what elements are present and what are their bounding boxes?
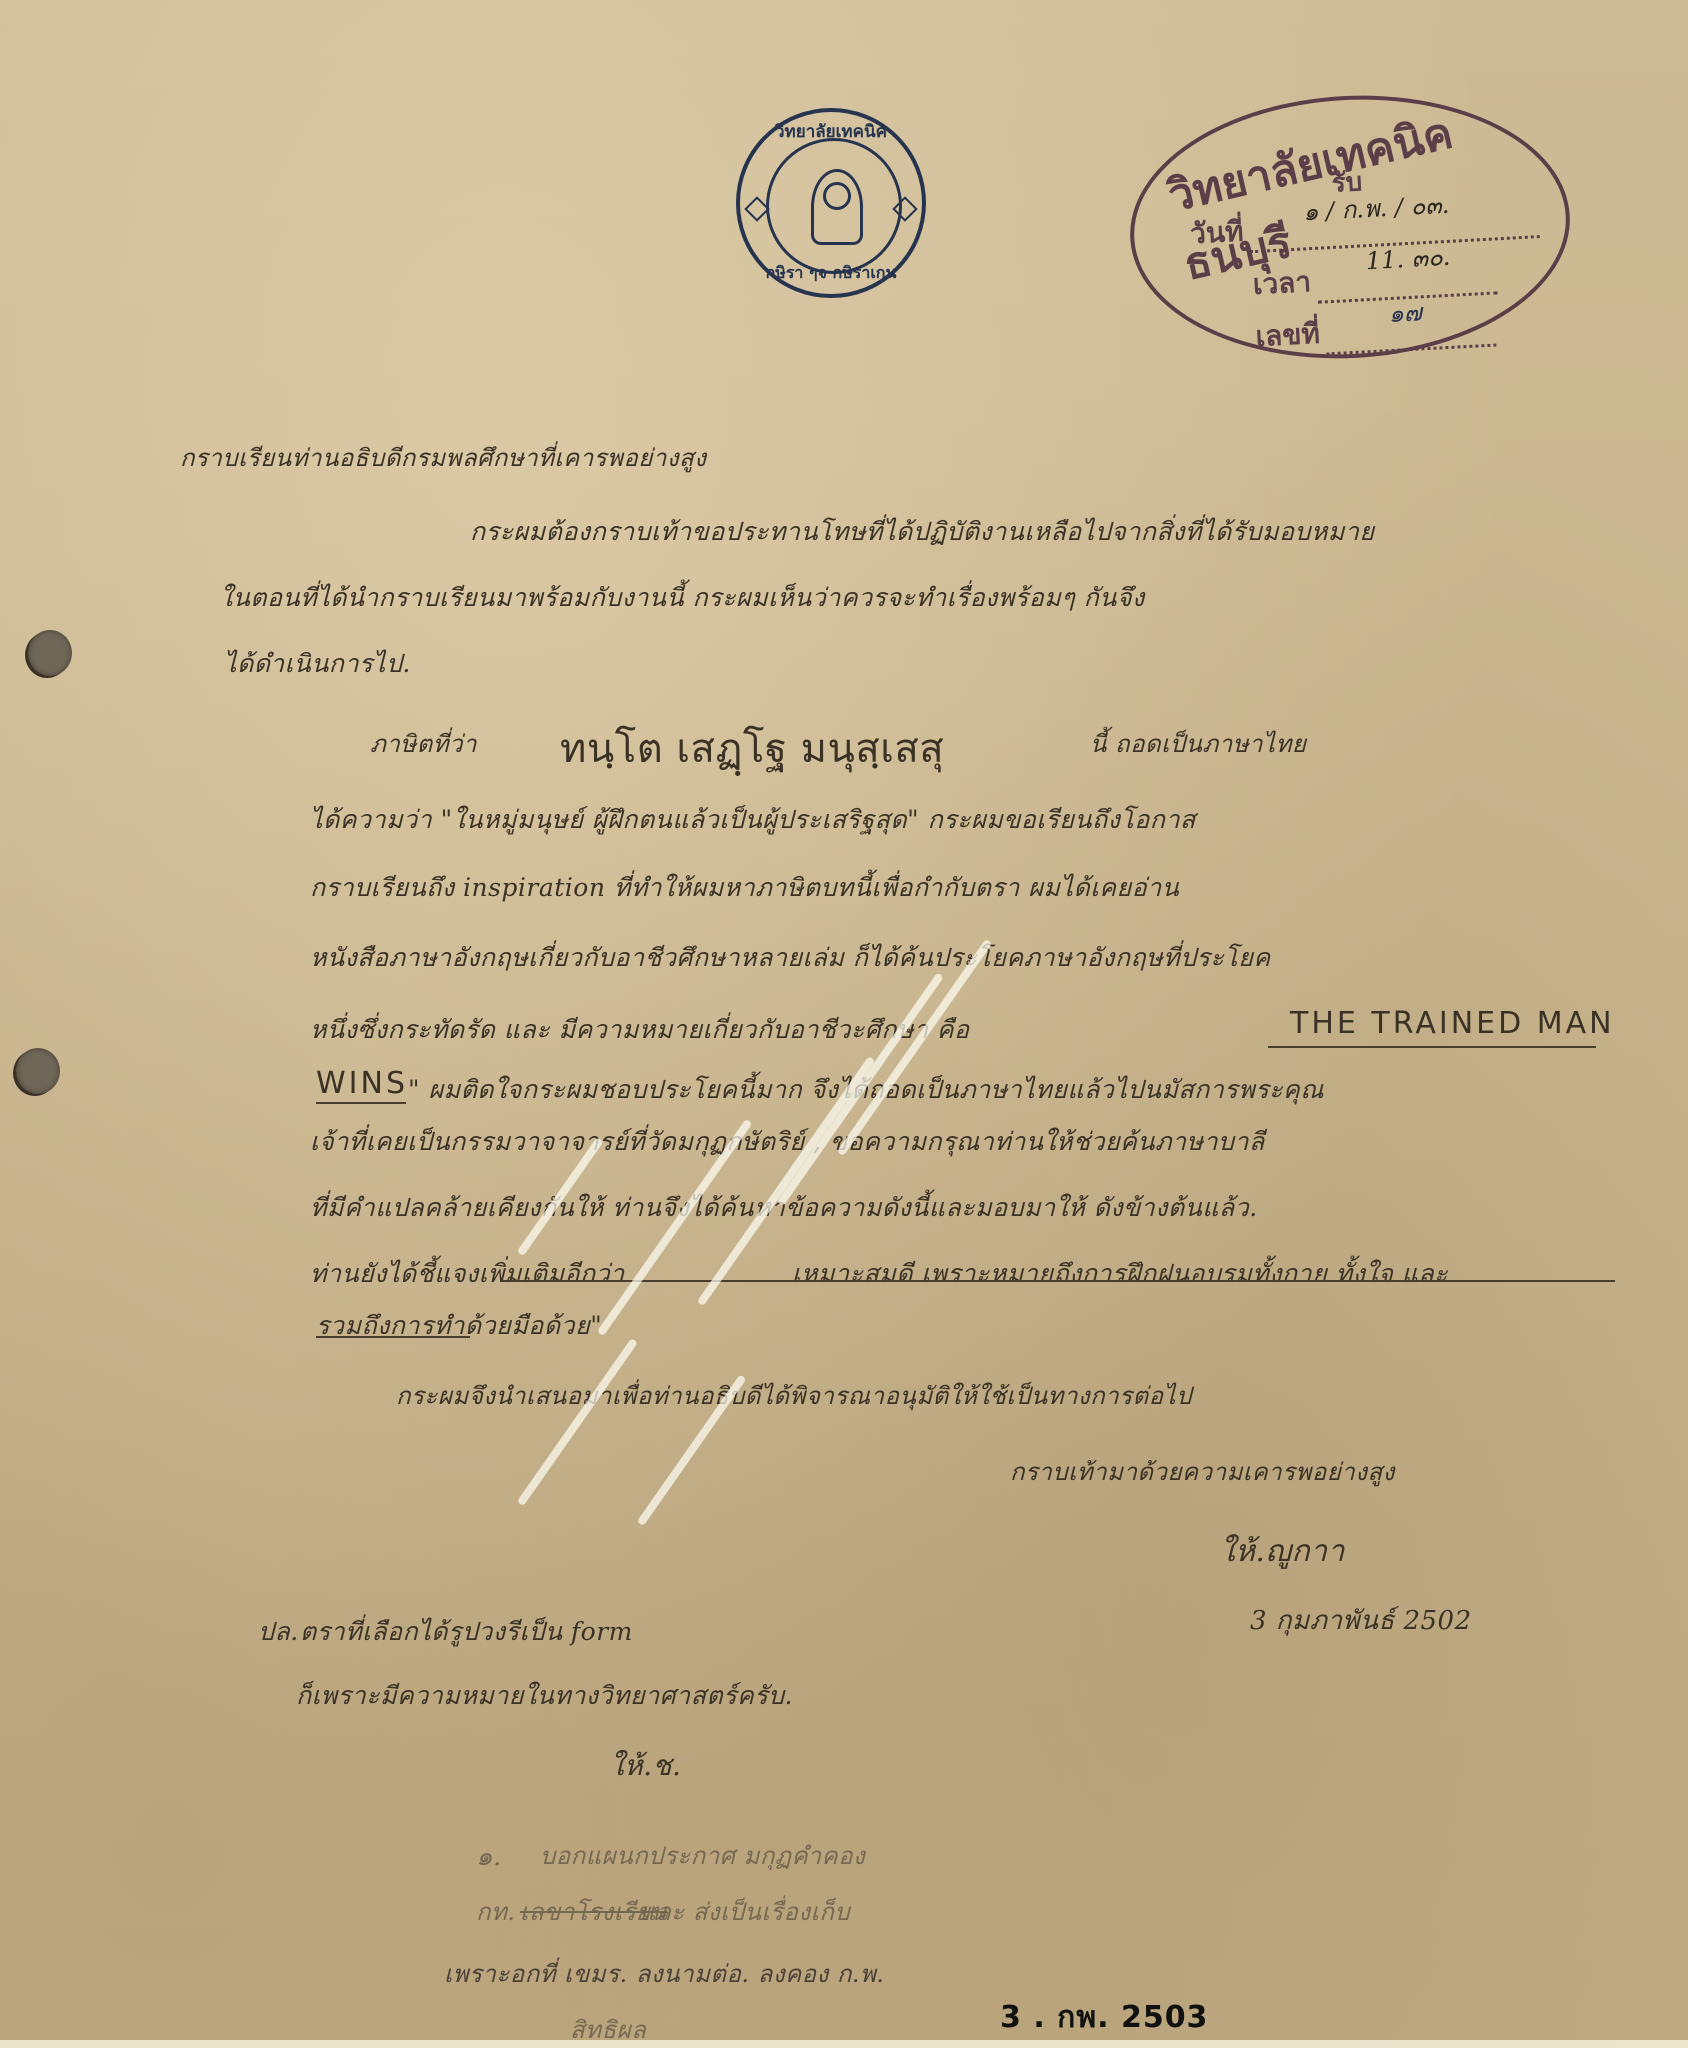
signature: ให้.ญูกาา xyxy=(1220,1528,1345,1575)
stamp-time-value: 11. ๓๐. xyxy=(1365,237,1451,280)
motto-underline-2 xyxy=(316,1102,406,1104)
letter-date: 3 กุมภาพันธ์ 2502 xyxy=(1250,1600,1472,1641)
stamp-number-row: เลขที่ xyxy=(1254,303,1496,360)
dharma-wheel-icon xyxy=(811,169,863,245)
closing-paragraph: กระผมจึงนำเสนอมาเพื่อท่านอธิบดีได้พิจารณ… xyxy=(396,1376,1192,1415)
scanned-letter: วิทยาลัยเทคนิค กษิรา ๆจ กษิราเกน วิทยาลั… xyxy=(0,0,1688,2048)
note-1-number: ๑. xyxy=(476,1836,502,1877)
received-stamp: วิทยาลัยเทคนิค ธนบุรี รับ วันที่ ๑ / ก.พ… xyxy=(1123,85,1576,370)
college-seal: วิทยาลัยเทคนิค กษิรา ๆจ กษิราเกน xyxy=(736,108,926,298)
underlined-phrase-1: เหมาะสมดี เพราะหมายถึงการฝึกฝนอบรมทั้งกา… xyxy=(792,1254,1448,1294)
para2-line-3: หนังสือภาษาอังกฤษเกี่ยวกับอาชีวศึกษาหลาย… xyxy=(310,938,1271,978)
phrase-underline-2 xyxy=(316,1336,470,1338)
salutation: กราบเรียนท่านอธิบดีกรมพลศึกษาที่เคารพอย่… xyxy=(180,438,706,477)
underlined-phrase-2: รวมถึงการทำด้วยมือด้วย" xyxy=(316,1306,602,1346)
binder-hole-top xyxy=(28,630,72,676)
note-3-text: เพราะอกที่ เขมร. ลงนามต่อ. ลงคอง ก.พ. xyxy=(444,1954,885,1993)
ps-label: ปล. xyxy=(258,1612,299,1652)
body-line-1: กระผมต้องกราบเท้าขอประทานโทษที่ได้ปฏิบัต… xyxy=(470,512,1375,552)
ps-line-2: ก็เพราะมีความหมายในทางวิทยาศาสตร์ครับ. xyxy=(296,1676,793,1716)
proverb-prefix: ภาษิตที่ว่า xyxy=(370,724,477,763)
english-motto-part1: THE TRAINED MAN xyxy=(1290,1006,1615,1041)
para3-line-2: เจ้าที่เคยเป็นกรรมวาจาจารย์ที่วัดมกุฏกษั… xyxy=(310,1122,1265,1162)
note-2-prefix: กท. xyxy=(476,1892,515,1931)
ps-line-1: ตราที่เลือกได้รูปวงรีเป็น form xyxy=(300,1612,633,1652)
note-1-text: บอกแผนกประกาศ มกุฏคำคอง xyxy=(540,1836,865,1875)
body-line-3: ได้ดำเนินการไป. xyxy=(224,644,411,684)
stamp-number-value: ๑๗ xyxy=(1388,292,1423,333)
body-line-2: ในตอนที่ได้นำกราบเรียนมาพร้อมกับงานนี้ ก… xyxy=(220,578,1145,618)
para2-line-2: กราบเรียนถึง inspiration ที่ทำให้ผมหาภาษ… xyxy=(310,868,1179,908)
binder-hole-bottom xyxy=(16,1048,60,1094)
pali-proverb: ทนฺโต เสฏฺโฐ มนุสฺเสสุ xyxy=(560,716,944,780)
glare-streak xyxy=(517,1338,638,1506)
para2-line-1: ได้ความว่า "ในหมู่มนุษย์ ผู้ฝึกตนแล้วเป็… xyxy=(310,800,1196,840)
closing-phrase: กราบเท้ามาด้วยความเคารพอย่างสูง xyxy=(1010,1452,1395,1491)
para2-line-4: หนึ่งซึ่งกระทัดรัด และ มีความหมายเกี่ยวก… xyxy=(310,1010,970,1050)
phrase-underline-1 xyxy=(500,1280,1615,1282)
para3-line-4: ท่านยังได้ชี้แจงเพิ่มเติมอีกว่า xyxy=(310,1254,625,1294)
stamp-date-value: ๑ / ก.พ. / ๐๓. xyxy=(1302,185,1450,232)
received-date-stamp: 3 . กพ. 2503 xyxy=(1000,1994,1208,2041)
stamp-time-label: เวลา xyxy=(1252,260,1312,307)
seal-bottom-text: กษิรา ๆจ กษิราเกน xyxy=(740,261,922,286)
ps-signature: ให้.ช. xyxy=(610,1744,681,1788)
seal-emblem xyxy=(766,138,902,274)
stamp-date-label: วันที่ xyxy=(1189,210,1245,257)
bottom-edge-glare xyxy=(0,2040,1688,2048)
note-2-rest: และ ส่งเป็นเรื่องเก็บ xyxy=(640,1892,850,1931)
english-motto-part2: WINS xyxy=(316,1066,408,1101)
proverb-suffix: นี้ ถอดเป็นภาษาไทย xyxy=(1090,724,1306,763)
stamp-number-label: เลขที่ xyxy=(1254,312,1321,359)
motto-underline xyxy=(1268,1046,1596,1048)
